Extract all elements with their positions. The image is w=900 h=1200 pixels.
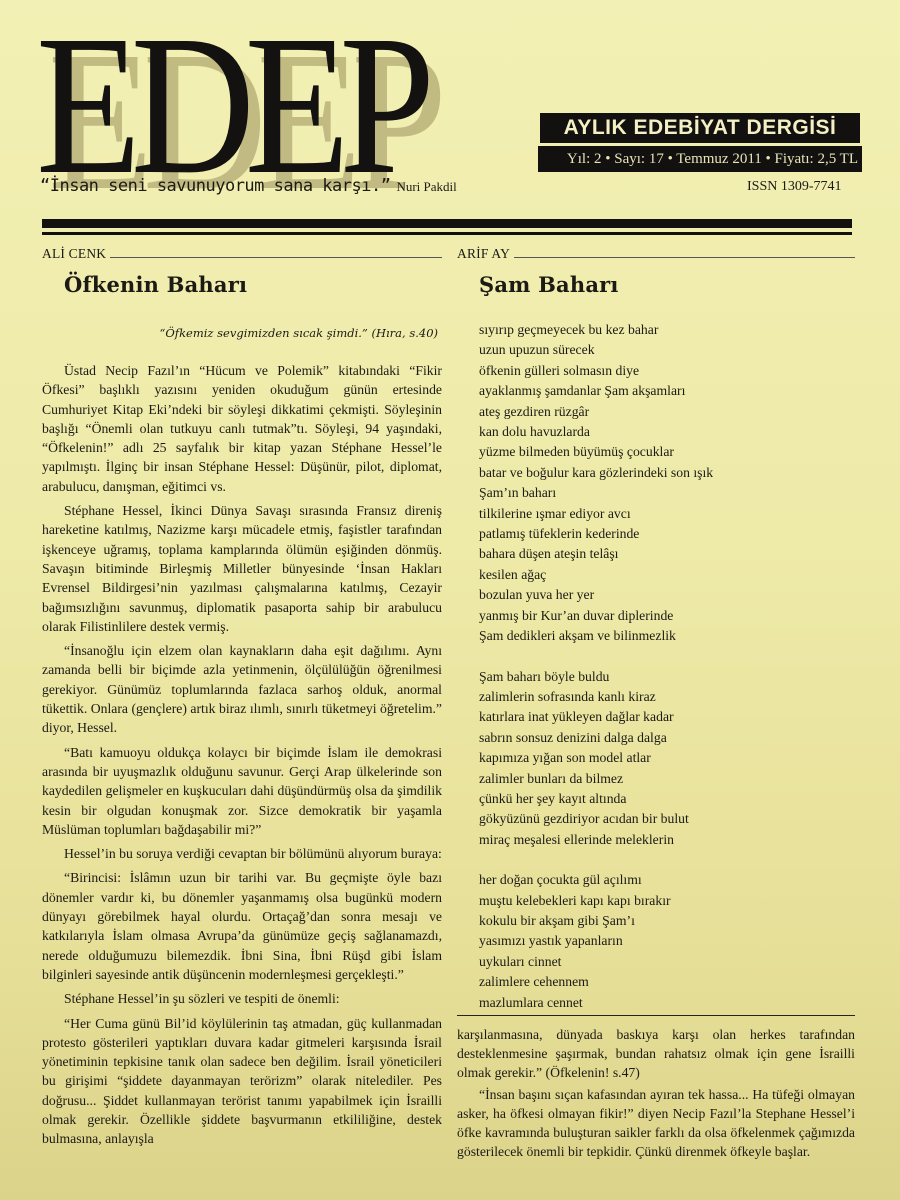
verse: kokulu bir akşam gibi Şam’ı — [479, 911, 855, 931]
verse: Şam baharı böyle buldu — [479, 667, 855, 687]
verse: ateş gezdiren rüzgâr — [479, 402, 855, 422]
verse: çünkü her şey kayıt altında — [479, 789, 855, 809]
left-article-continuation: karşılanmasına, dünyada baskıya karşı ol… — [457, 1015, 855, 1166]
verse: bozulan yuva her yer — [479, 585, 855, 605]
paragraph: “İnsan başını sıçan kafasından ayıran te… — [457, 1086, 855, 1161]
verse: kapımıza yığan son model atlar — [479, 748, 855, 768]
verse: Şam dedikleri akşam ve bilinmezlik — [479, 626, 855, 646]
logo-text: EDEP — [36, 26, 425, 186]
verse: sabrın sonsuz denizini dalga dalga — [479, 728, 855, 748]
divider-thick — [42, 219, 852, 228]
verse: katırlara inat yükleyen dağlar kadar — [479, 707, 855, 727]
verse: Şam’ın baharı — [479, 483, 855, 503]
verse: zalimler bunları da bilmez — [479, 769, 855, 789]
paragraph: “Batı kamuoyu oldukça kolaycı bir biçimd… — [42, 743, 442, 839]
article-body: Üstad Necip Fazıl’ın “Hücum ve Polemik” … — [42, 361, 442, 1149]
right-article: ARİF AY Şam Baharı sıyırıp geçmeyecek bu… — [457, 244, 855, 1033]
verse: yasımızı yastık yapanların — [479, 931, 855, 951]
verse: sıyırıp geçmeyecek bu kez bahar — [479, 320, 855, 340]
verse: uzun upuzun sürecek — [479, 340, 855, 360]
verse: gökyüzünü gezdiriyor acıdan bir bulut — [479, 809, 855, 829]
byline: ARİF AY — [457, 244, 855, 262]
verse: patlamış tüfeklerin kederinde — [479, 524, 855, 544]
issn: ISSN 1309-7741 — [747, 179, 842, 195]
verse: yanmış bir Kur’an duvar diplerinde — [479, 606, 855, 626]
verse: her doğan çocukta gül açılımı — [479, 870, 855, 890]
divider-thin — [42, 232, 852, 235]
stanza: Şam baharı böyle buldu zalimlerin sofras… — [479, 667, 855, 851]
author-name: ARİF AY — [457, 246, 510, 262]
stanza: her doğan çocukta gül açılımı muştu kele… — [479, 870, 855, 1013]
verse: zalimlere cehennem — [479, 972, 855, 992]
verse: batar ve boğulur kara gözlerindeki son ı… — [479, 463, 855, 483]
verse: uykuları cinnet — [479, 952, 855, 972]
paragraph: “İnsanoğlu için elzem olan kaynakların d… — [42, 641, 442, 737]
motto-author: Nuri Pakdil — [396, 179, 456, 194]
verse: ayaklanmış şamdanlar Şam akşamları — [479, 381, 855, 401]
motto-quote: “İnsan seni savunuyorum sana karşı.” — [40, 176, 390, 196]
issue-info: Yıl: 2 • Sayı: 17 • Temmuz 2011 • Fiyatı… — [538, 146, 862, 172]
magazine-tagline: AYLIK EDEBİYAT DERGİSİ — [540, 113, 860, 143]
motto: “İnsan seni savunuyorum sana karşı.”Nuri… — [40, 176, 457, 196]
masthead: EDEP EDEP AYLIK EDEBİYAT DERGİSİ Yıl: 2 … — [0, 0, 900, 235]
left-article: ALİ CENK Öfkenin Baharı “Öfkemiz sevgimi… — [42, 244, 442, 1154]
paragraph: Stéphane Hessel’in şu sözleri ve tespiti… — [42, 989, 442, 1008]
logo: EDEP EDEP — [36, 26, 556, 186]
byline-rule — [514, 257, 855, 258]
article-title: Öfkenin Baharı — [64, 272, 442, 297]
author-name: ALİ CENK — [42, 246, 106, 262]
paragraph: “Birincisi: İslâmın uzun bir tarihi var.… — [42, 868, 442, 984]
verse: kan dolu havuzlarda — [479, 422, 855, 442]
byline-rule — [110, 257, 442, 258]
poem-title: Şam Baharı — [479, 272, 855, 297]
verse: miraç meşalesi ellerinde meleklerin — [479, 830, 855, 850]
verse: zalimlerin sofrasında kanlı kiraz — [479, 687, 855, 707]
paragraph: “Her Cuma günü Bil’id köylülerinin taş a… — [42, 1014, 442, 1149]
paragraph: karşılanmasına, dünyada baskıya karşı ol… — [457, 1026, 855, 1082]
verse: muştu kelebekleri kapı kapı bırakır — [479, 891, 855, 911]
paragraph: Hessel’in bu soruya verdiği cevaptan bir… — [42, 844, 442, 863]
stanza: sıyırıp geçmeyecek bu kez bahar uzun upu… — [479, 320, 855, 647]
verse: tilkilerine ışmar ediyor avcı — [479, 504, 855, 524]
poem: sıyırıp geçmeyecek bu kez bahar uzun upu… — [479, 320, 855, 1013]
byline: ALİ CENK — [42, 244, 442, 262]
verse: mazlumlara cennet — [479, 993, 855, 1013]
paragraph: Üstad Necip Fazıl’ın “Hücum ve Polemik” … — [42, 361, 442, 496]
verse: yüzme bilmeden büyümüş çocuklar — [479, 442, 855, 462]
verse: kesilen ağaç — [479, 565, 855, 585]
verse: bahara düşen ateşin telâşı — [479, 544, 855, 564]
paragraph: Stéphane Hessel, İkinci Dünya Savaşı sır… — [42, 501, 442, 636]
epigraph: “Öfkemiz sevgimizden sıcak şimdi.” (Hıra… — [42, 326, 438, 340]
verse: öfkenin gülleri solmasın diye — [479, 361, 855, 381]
